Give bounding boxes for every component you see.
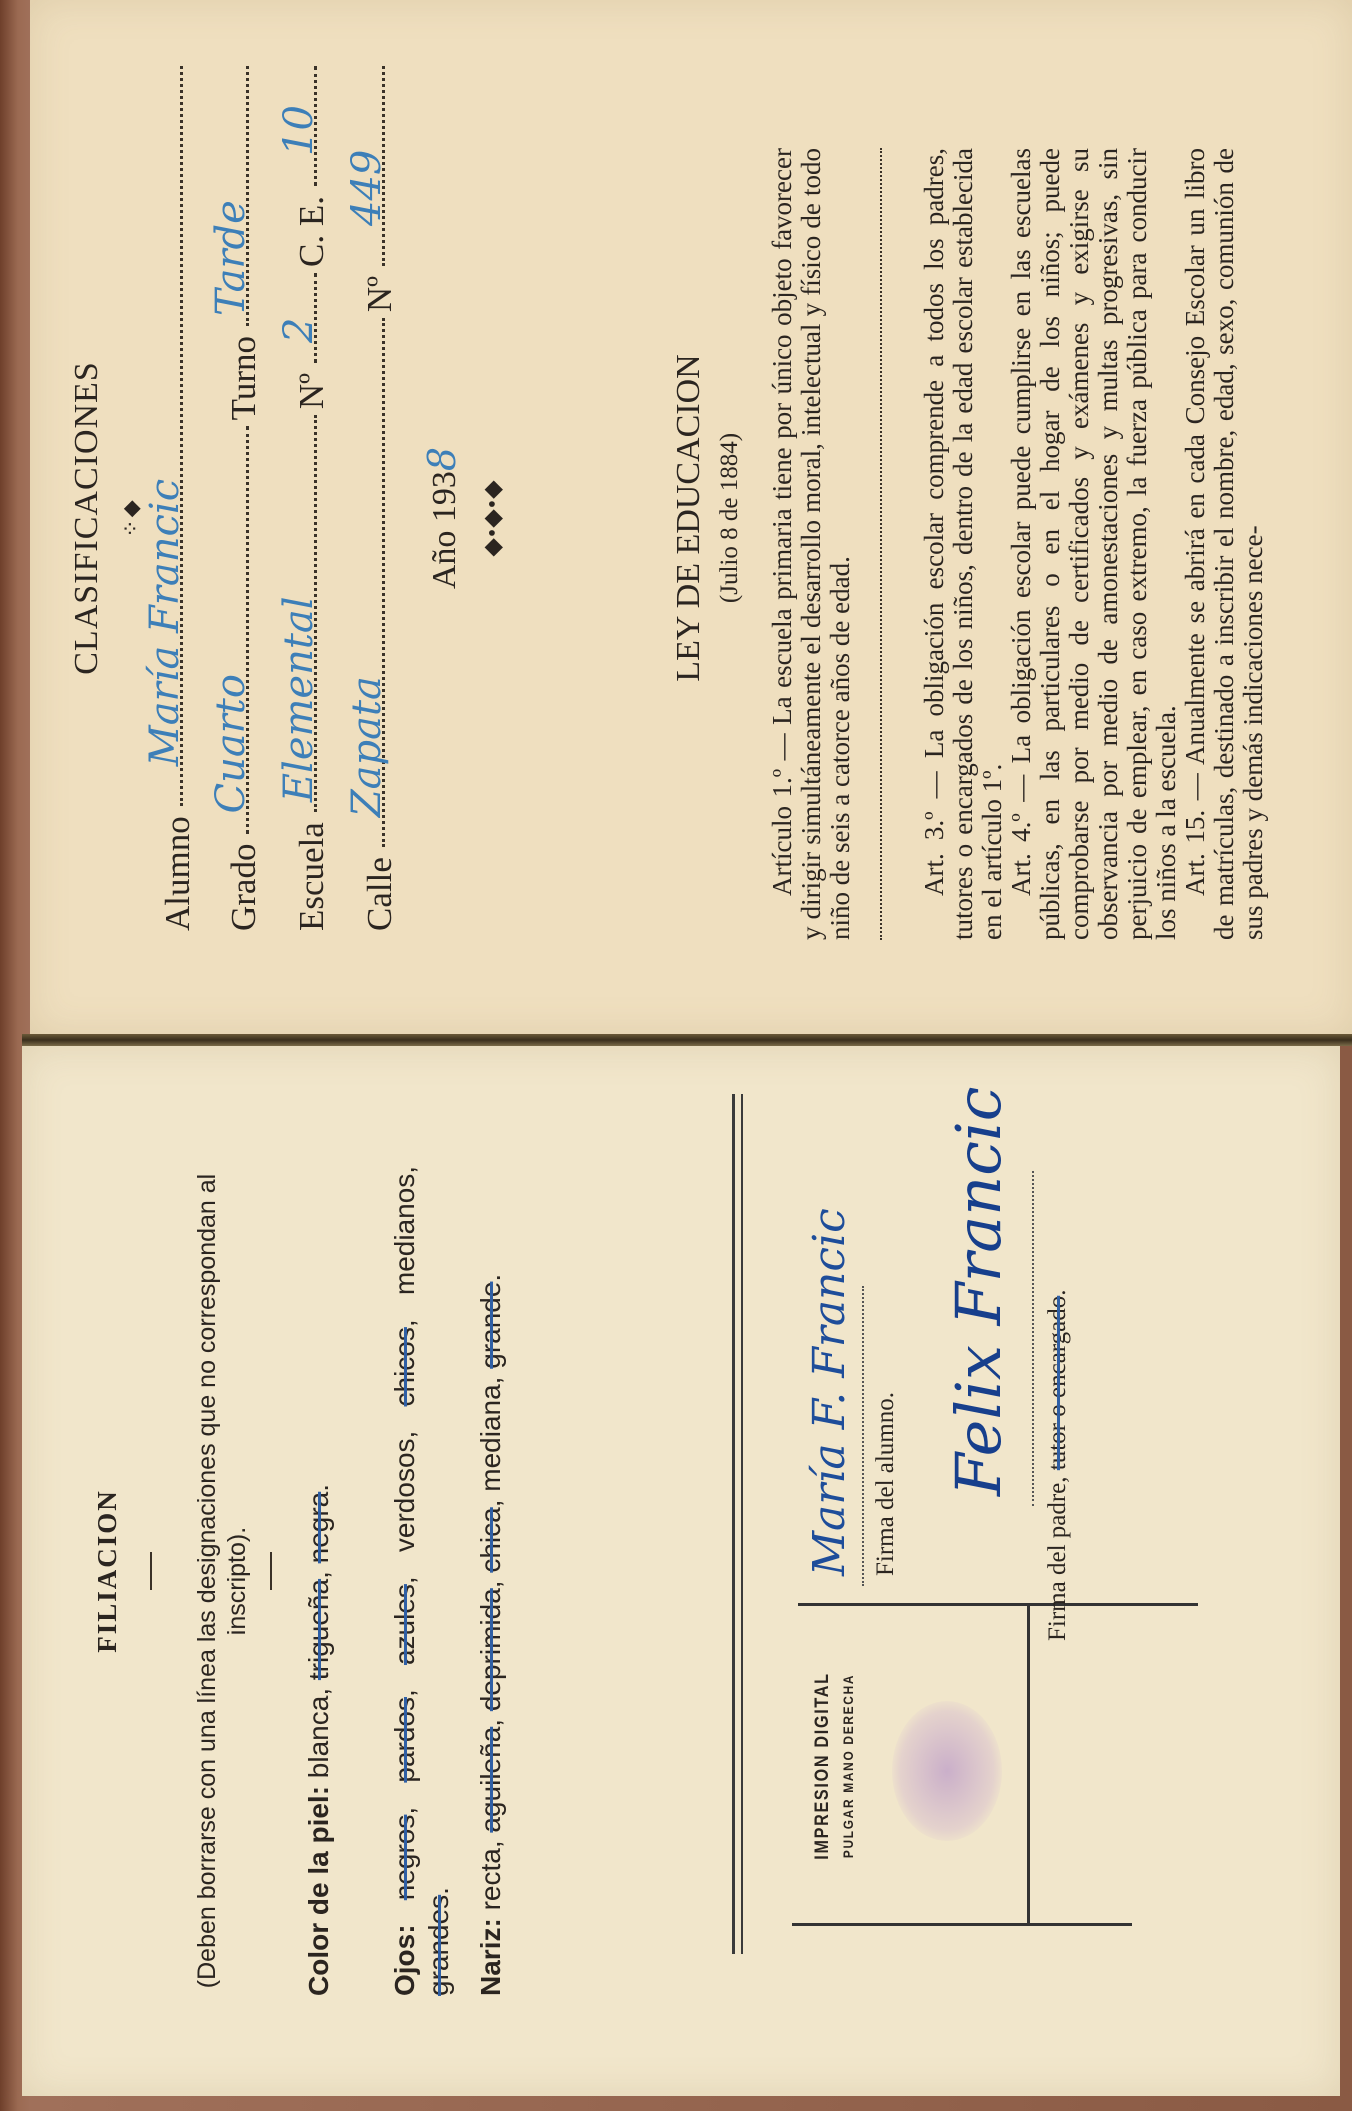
filiacion-section: FILIACION (Deben borrarse con una línea … [22, 1046, 712, 2096]
turno-line: Tarde [246, 66, 249, 326]
option-medianos: medianos [389, 1174, 420, 1295]
padre-caption-prefix: Firma del padre, [1044, 1470, 1071, 1641]
padre-caption-struck: tutor o encargado [1044, 1296, 1071, 1470]
ley-block-1: Artículo 1.º — La escuela primaria tiene… [768, 148, 855, 940]
padre-signature-line [1032, 1171, 1034, 1506]
rotated-content-bottom: FILIACION (Deben borrarse con una línea … [22, 1046, 1340, 2096]
ce-label: C. E. [292, 196, 332, 267]
grado-label: Grado [224, 844, 264, 931]
option-chica-struck: chica [475, 1507, 506, 1572]
escuela-no-value: 2 [276, 318, 322, 343]
double-rule [732, 1094, 743, 1954]
ley-block-2: Art. 3.º — La obligación escolar compren… [920, 148, 1268, 940]
impresion-digital-title: IMPRESION DIGITAL [812, 1639, 834, 1894]
padre-caption-suffix: . [1044, 1289, 1071, 1295]
ojos-label: Ojos: [389, 1924, 420, 1996]
escuela-line: Elemental [314, 415, 317, 812]
escuela-value: Elemental [276, 596, 322, 802]
grado-value: Cuarto [208, 674, 254, 814]
ojos-line: Ojos: negros, pardos, azules, verdosos, … [388, 1166, 456, 1996]
calle-no-value: 449 [344, 150, 390, 226]
turno-value: Tarde [208, 200, 254, 316]
calle-label: Calle [360, 857, 400, 931]
option-pardos-struck: pardos [389, 1697, 420, 1783]
articulo-15: Art. 15. — Anualmente se abrirá en cada … [1181, 148, 1268, 940]
short-rule [150, 1552, 152, 1590]
padre-signature-caption: Firma del padre, tutor o encargado. [1044, 1289, 1072, 1641]
option-negra-struck: negra [303, 1492, 334, 1564]
color-piel-line: Color de la piel: blanca, trigueña, negr… [302, 1166, 336, 1996]
filiacion-note: (Deben borrarse con una línea las design… [192, 1166, 252, 1996]
grado-line: Cuarto [246, 426, 249, 833]
rotated-content-top: CLASIFICACIONES ⁘◆ Alumno María Francic … [30, 0, 1352, 1036]
calle-no-line: 449 [382, 66, 385, 266]
field-calle[interactable]: Calle Zapata Nº 449 [360, 60, 400, 931]
option-blanca: blanca [303, 1696, 334, 1779]
turno-label: Turno [224, 336, 264, 420]
anio-label: Año 193 [426, 471, 463, 589]
impresion-digital-subtitle: PULGAR MANO DERECHA [840, 1639, 856, 1894]
color-piel-label: Color de la piel: [303, 1786, 334, 1996]
option-mediana: mediana [475, 1384, 506, 1491]
field-alumno[interactable]: Alumno María Francic [158, 60, 198, 931]
booklet-fold [22, 1034, 1352, 1046]
option-verdosos: verdosos [389, 1438, 420, 1552]
escuela-no-label: Nº [292, 373, 332, 409]
field-grado-turno[interactable]: Grado Cuarto Turno Tarde [224, 60, 264, 931]
calle-no-label: Nº [360, 276, 400, 312]
anio-value: 8 [420, 447, 464, 471]
alumno-line: María Francic [180, 66, 183, 806]
dotted-separator [880, 148, 882, 940]
option-chicos-struck: chicos [389, 1327, 420, 1406]
fingerprint-box-border [792, 1923, 1132, 1926]
ce-value: 10 [276, 105, 322, 156]
articulo-4: Art. 4.º — La obligación escolar puede c… [1007, 148, 1181, 940]
option-recta: recta [475, 1848, 506, 1910]
ley-title: LEY DE EDUCACION [670, 0, 708, 1036]
fingerprint-box-border [798, 1603, 1198, 1606]
padre-signature[interactable]: Felix Francic [942, 1087, 1015, 1496]
signatures-section: IMPRESION DIGITAL PULGAR MANO DERECHA Ma… [712, 1046, 1340, 2096]
option-azules-struck: azules [389, 1584, 420, 1665]
clasificaciones-title: CLASIFICACIONES [68, 0, 106, 1036]
ce-line: 10 [314, 66, 317, 186]
filiacion-title: FILIACION [92, 1046, 123, 2096]
page-clasificaciones: CLASIFICACIONES ⁘◆ Alumno María Francic … [30, 0, 1352, 1036]
alumno-value: María Francic [142, 479, 188, 766]
field-escuela[interactable]: Escuela Elemental Nº 2 C. E. 10 [292, 60, 332, 931]
alumno-signature-caption: Firma del alumno. [872, 1392, 900, 1576]
alumno-signature[interactable]: María F. Francic [804, 1208, 855, 1576]
ley-date: (Julio 8 de 1884) [716, 0, 744, 1036]
nariz-label: Nariz: [475, 1918, 506, 1996]
ley-educacion-section: LEY DE EDUCACION (Julio 8 de 1884) Artíc… [590, 0, 1350, 1036]
fingerprint-box-border [1027, 1606, 1030, 1926]
alumno-signature-line [862, 1286, 864, 1586]
articulo-3: Art. 3.º — La obligación escolar compren… [920, 148, 1007, 940]
ornament-icon: ⁘◆ [118, 0, 144, 1036]
option-grandes-struck: grandes [423, 1895, 454, 1996]
escuela-no-line: 2 [314, 273, 317, 363]
page-filiacion: FILIACION (Deben borrarse con una línea … [22, 1046, 1340, 2096]
nariz-line: Nariz: recta, aguileña, deprimida, chica… [474, 1166, 508, 1996]
short-rule [270, 1552, 272, 1590]
divider-ornament-icon: ◆•◆•◆ [478, 0, 507, 1036]
thumbprint-icon [892, 1701, 1002, 1841]
option-triguena-struck: trigueña [303, 1579, 334, 1680]
escuela-label: Escuela [292, 822, 332, 931]
calle-line: Zapata [382, 318, 385, 847]
option-negros-struck: negros [389, 1815, 420, 1901]
option-deprimida-struck: deprimida [475, 1588, 506, 1711]
articulo-1: Artículo 1.º — La escuela primaria tiene… [768, 148, 855, 940]
option-grande-struck: grande [475, 1282, 506, 1369]
calle-value: Zapata [344, 676, 390, 817]
anio-field[interactable]: Año 1938 [420, 0, 464, 1036]
clasificaciones-section: CLASIFICACIONES ⁘◆ Alumno María Francic … [30, 0, 590, 1036]
alumno-label: Alumno [158, 816, 198, 931]
option-aguilena-struck: aguileña [475, 1727, 506, 1833]
